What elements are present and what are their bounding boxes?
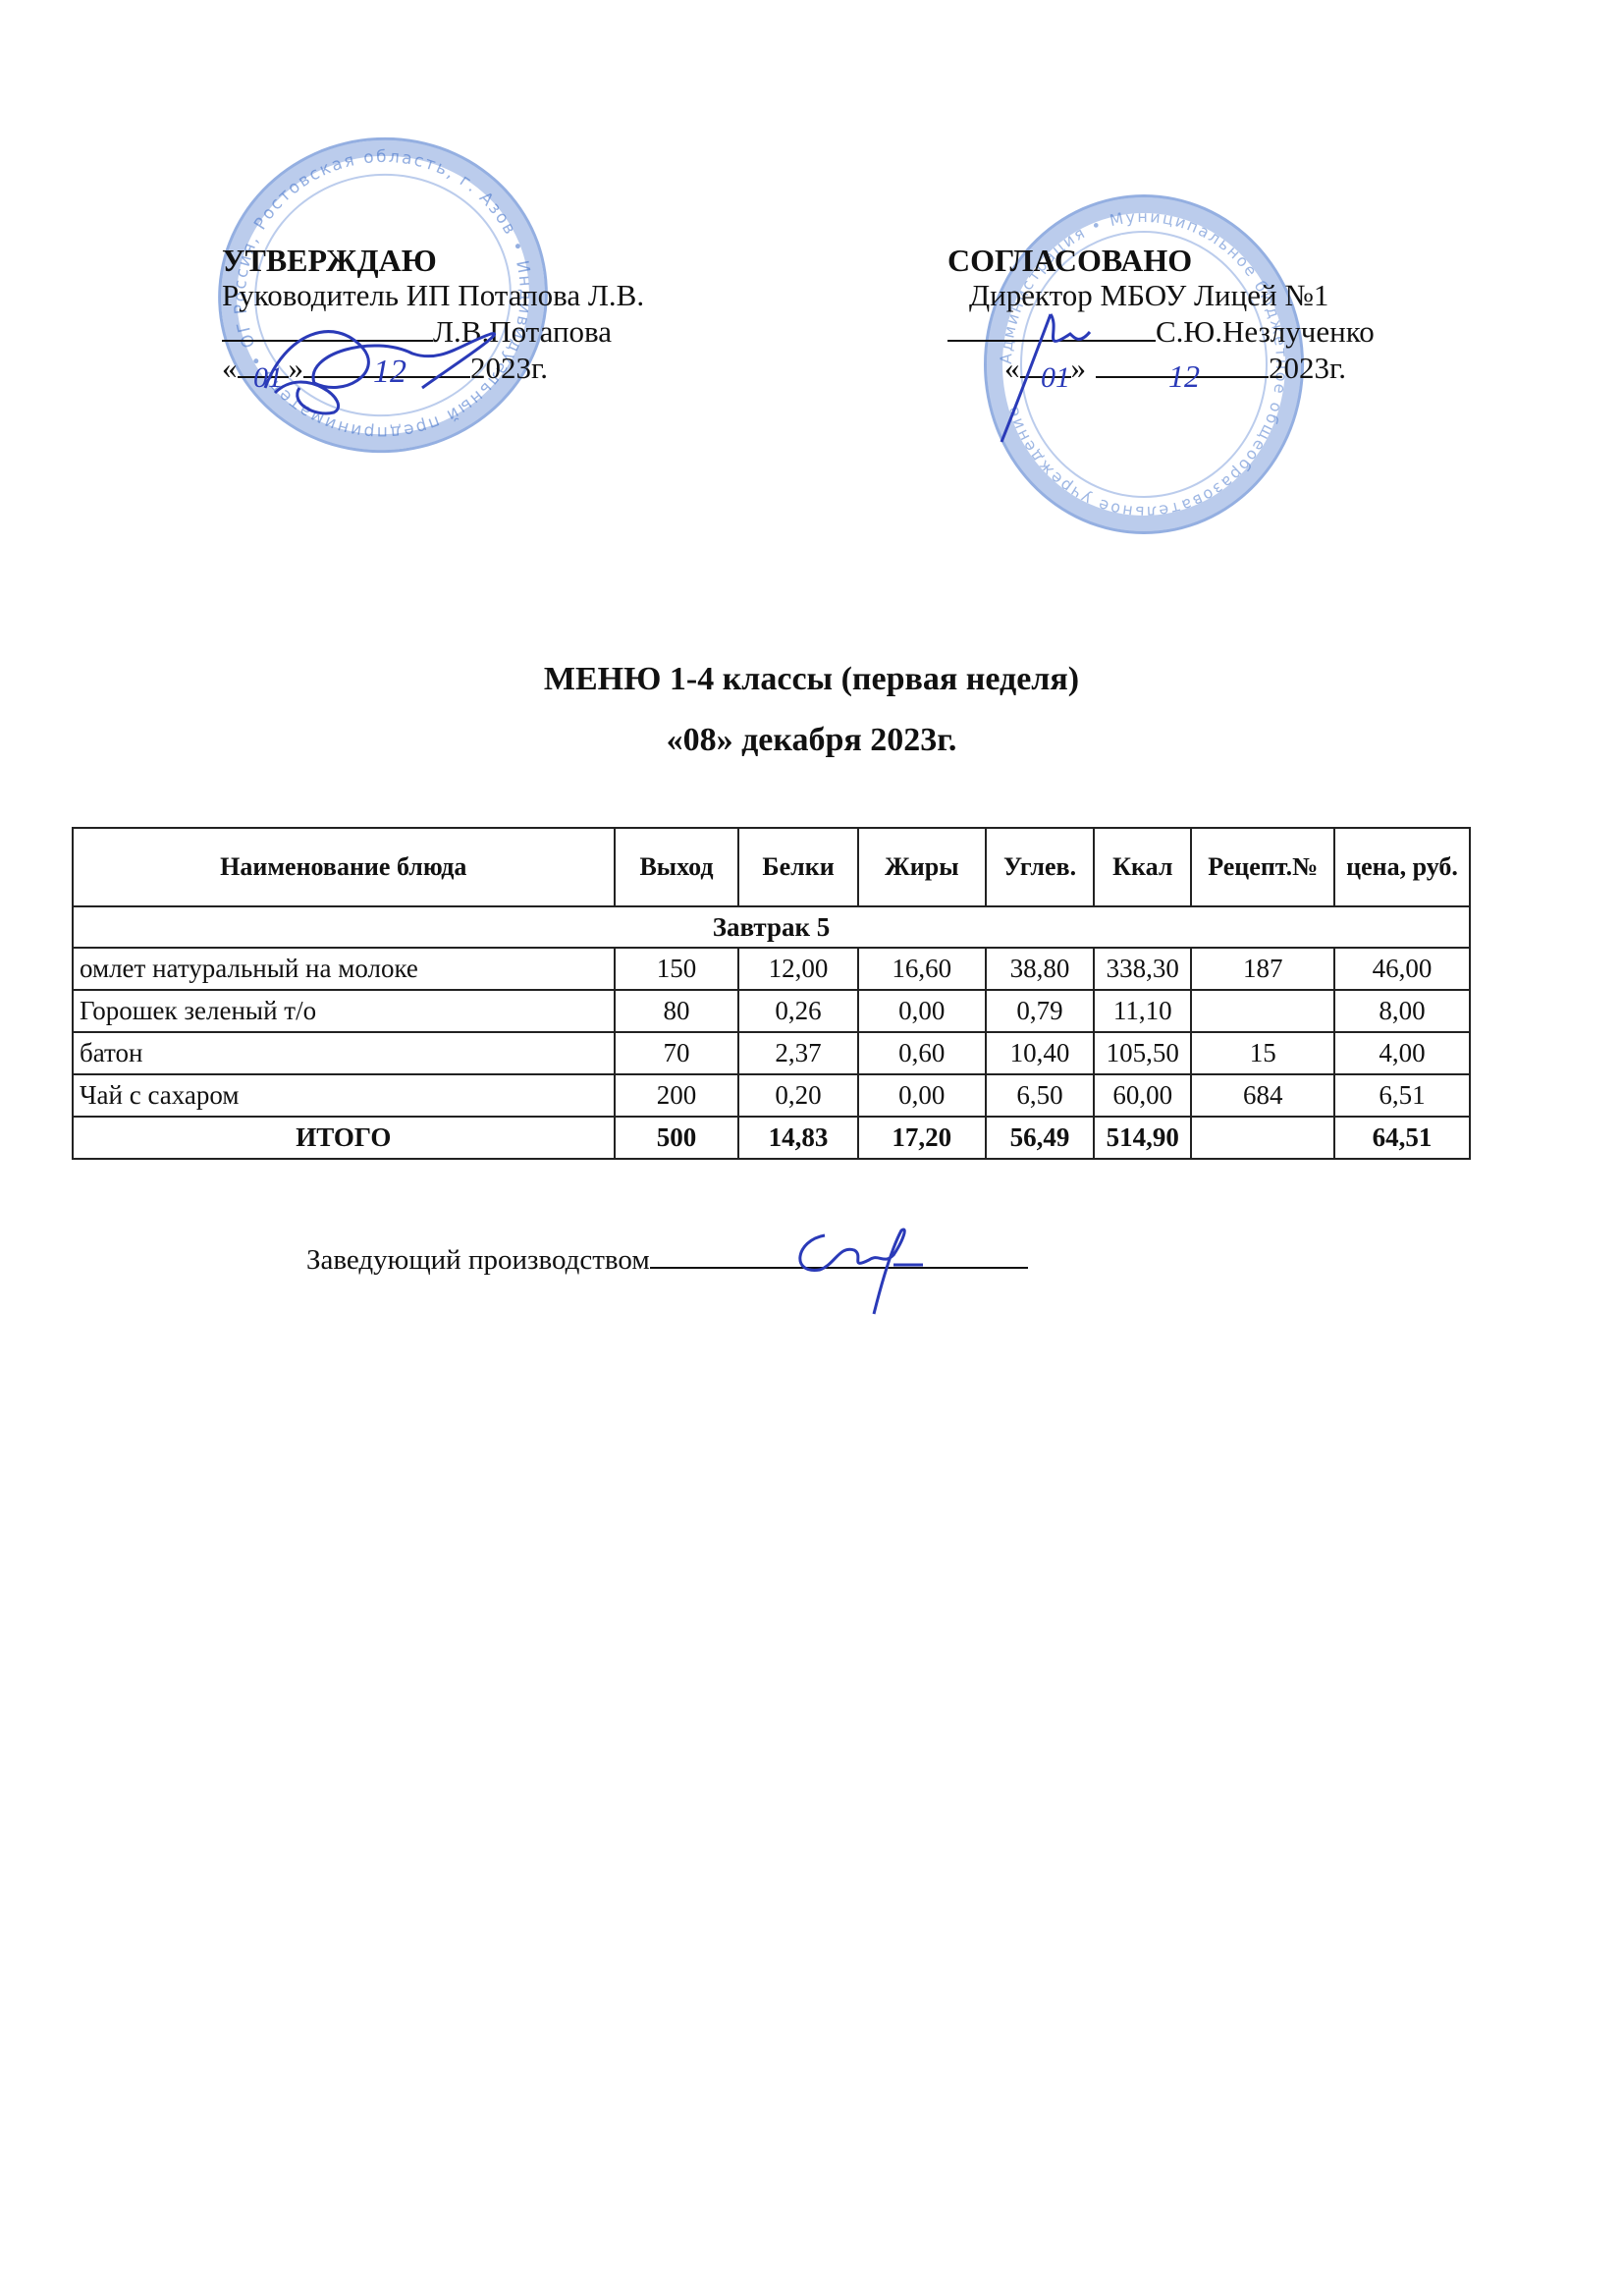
approval-right-year: 2023г. [1269,351,1346,385]
menu-table: Наименование блюда Выход Белки Жиры Угле… [72,827,1471,1160]
table-row: Чай с сахаром2000,200,006,5060,006846,51 [73,1074,1470,1117]
menu-date: «08» декабря 2023г. [0,722,1623,759]
approval-right-heading: СОГЛАСОВАНО [947,244,1375,278]
approval-left-day: 01 [253,361,283,395]
cell-value: 0,60 [858,1032,986,1074]
table-total-row: ИТОГО50014,8317,2056,49514,9064,51 [73,1117,1470,1159]
col-header-recipe: Рецепт.№ [1191,828,1334,906]
col-header-yield: Выход [615,828,739,906]
cell-value: 14,83 [738,1117,857,1159]
cell-dish-name: ИТОГО [73,1117,615,1159]
cell-value: 70 [615,1032,739,1074]
cell-value: 8,00 [1334,990,1470,1032]
cell-value: 0,20 [738,1074,857,1117]
approval-right-signatory: С.Ю.Незлученко [1156,314,1375,349]
cell-value: 514,90 [1094,1117,1191,1159]
cell-dish-name: омлет натуральный на молоке [73,948,615,990]
cell-value: 200 [615,1074,739,1117]
col-header-price: цена, руб. [1334,828,1470,906]
cell-value [1191,1117,1334,1159]
cell-value: 2,37 [738,1032,857,1074]
col-header-protein: Белки [738,828,857,906]
cell-value: 17,20 [858,1117,986,1159]
quote-open: « [222,351,238,385]
signature-left [245,295,569,422]
table-header-row: Наименование блюда Выход Белки Жиры Угле… [73,828,1470,906]
cell-value: 46,00 [1334,948,1470,990]
cell-value: 150 [615,948,739,990]
cell-value: 12,00 [738,948,857,990]
table-row: омлет натуральный на молоке15012,0016,60… [73,948,1470,990]
footer-label: Заведующий производством [306,1244,650,1276]
col-header-fat: Жиры [858,828,986,906]
cell-value: 11,10 [1094,990,1191,1032]
cell-value: 6,51 [1334,1074,1470,1117]
cell-value: 60,00 [1094,1074,1191,1117]
approval-right-day: 01 [1041,361,1070,395]
cell-value: 500 [615,1117,739,1159]
table-row: батон702,370,6010,40105,50154,00 [73,1032,1470,1074]
cell-dish-name: батон [73,1032,615,1074]
cell-value: 338,30 [1094,948,1191,990]
cell-value: 56,49 [986,1117,1094,1159]
cell-value: 684 [1191,1074,1334,1117]
section-row: Завтрак 5 [73,906,1470,948]
cell-value: 187 [1191,948,1334,990]
col-header-carbs: Углев. [986,828,1094,906]
cell-value: 0,79 [986,990,1094,1032]
cell-dish-name: Чай с сахаром [73,1074,615,1117]
cell-value: 6,50 [986,1074,1094,1117]
cell-value: 80 [615,990,739,1032]
cell-value: 0,00 [858,990,986,1032]
cell-dish-name: Горошек зеленый т/о [73,990,615,1032]
cell-value: 105,50 [1094,1032,1191,1074]
cell-value: 0,26 [738,990,857,1032]
approval-left-heading: УТВЕРЖДАЮ [222,244,644,278]
cell-value: 4,00 [1334,1032,1470,1074]
cell-value: 10,40 [986,1032,1094,1074]
cell-value [1191,990,1334,1032]
approval-left-month: 12 [373,354,406,391]
cell-value: 64,51 [1334,1117,1470,1159]
approval-right-month: 12 [1168,358,1200,395]
cell-value: 16,60 [858,948,986,990]
col-header-kcal: Ккал [1094,828,1191,906]
col-header-name: Наименование блюда [73,828,615,906]
menu-title: МЕНЮ 1-4 классы (первая неделя) [0,661,1623,698]
signature-footer [785,1216,933,1324]
section-title: Завтрак 5 [73,906,1470,948]
table-row: Горошек зеленый т/о800,260,000,7911,108,… [73,990,1470,1032]
cell-value: 15 [1191,1032,1334,1074]
cell-value: 0,00 [858,1074,986,1117]
cell-value: 38,80 [986,948,1094,990]
